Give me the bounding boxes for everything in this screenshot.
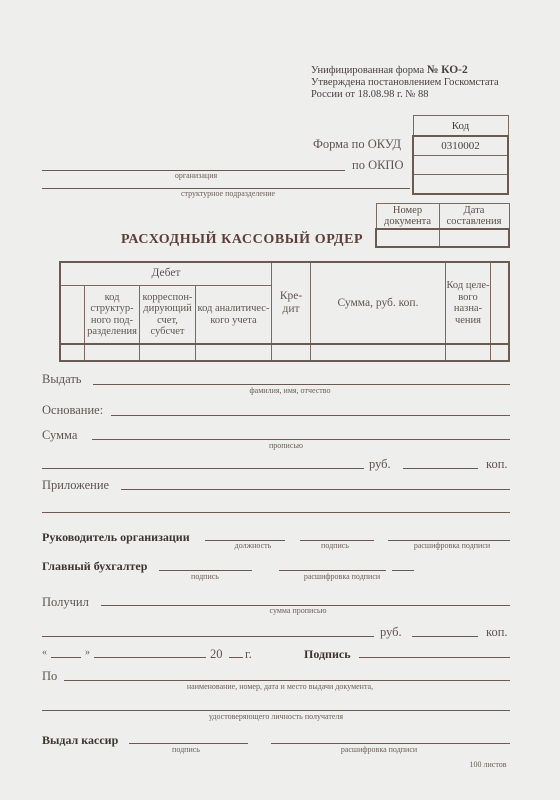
by-label: По [42, 669, 57, 684]
subdivision-caption: структурное подразделение [181, 189, 275, 198]
analytic-code-header: код аналитичес-кого учета [196, 286, 272, 345]
form-number: № КО-2 [427, 64, 468, 76]
page-title: РАСХОДНЫЙ КАССОВЫЙ ОРДЕР [121, 232, 363, 248]
chief-accountant-label: Главный бухгалтер [42, 559, 147, 574]
received-label: Получил [42, 595, 89, 610]
code-header: Код [413, 116, 508, 137]
table-cell[interactable] [491, 344, 510, 361]
received-caption: сумма прописью [270, 606, 327, 615]
cashier-signature-field[interactable] [129, 743, 248, 744]
extra-code-value[interactable] [413, 175, 508, 195]
id-document-field[interactable] [64, 680, 510, 681]
signature-label: Подпись [304, 647, 351, 662]
received-rub-label: руб. [380, 625, 402, 640]
accounting-table: Дебет Кре-дит Сумма, руб. коп. Код целе-… [59, 261, 510, 362]
issue-label: Выдать [42, 372, 81, 387]
debit-sub-blank [60, 286, 85, 345]
table-cell[interactable] [446, 344, 491, 361]
cashier-label: Выдал кассир [42, 733, 118, 748]
basis-field[interactable] [111, 415, 510, 416]
date-open-quote: « [42, 647, 47, 658]
attachment-field-2[interactable] [42, 512, 510, 513]
okpo-label: по ОКПО [352, 158, 403, 173]
last-header [491, 262, 510, 344]
table-cell[interactable] [140, 344, 196, 361]
issue-field[interactable] [93, 384, 510, 385]
issue-caption: фамилия, имя, отчество [250, 386, 331, 395]
date-day-field[interactable] [51, 657, 81, 658]
purpose-code-header: Код целе-вого назна-чения [446, 262, 491, 344]
amount-header: Сумма, руб. коп. [311, 262, 446, 344]
id-document-field-2[interactable] [42, 710, 510, 711]
sum-caption: прописью [269, 441, 303, 450]
chief-accountant-signature-field[interactable] [159, 570, 252, 571]
table-cell[interactable] [196, 344, 272, 361]
date-year-field[interactable] [229, 657, 243, 658]
sum-kop-field[interactable] [403, 468, 478, 469]
date-close-quote: » [85, 647, 90, 658]
table-cell[interactable] [60, 344, 85, 361]
sum-field[interactable] [92, 439, 510, 440]
cashier-decoding-caption: расшифровка подписи [341, 745, 417, 754]
year-prefix: 20 [210, 647, 223, 662]
subdivision-code-header: код структур-ного под-разделения [85, 286, 140, 345]
credit-header: Кре-дит [272, 262, 311, 344]
sum-label: Сумма [42, 428, 77, 443]
cashier-decoding-field[interactable] [271, 743, 510, 744]
kop-label: коп. [486, 457, 508, 472]
approved-line: Утверждена постановлением Госкомстата [311, 77, 499, 89]
okud-value[interactable]: 0310002 [413, 136, 508, 156]
sum-rub-field[interactable] [42, 468, 364, 469]
chief-accountant-decoding-field-2[interactable] [392, 570, 414, 571]
document-date-header: Дата составления [439, 204, 509, 230]
attachment-field[interactable] [121, 489, 510, 490]
decree-line: России от 18.08.98 г. № 88 [311, 89, 499, 101]
form-header: Унифицированная форма № КО-2 Утверждена … [311, 64, 499, 101]
receipt-signature-field[interactable] [359, 657, 510, 658]
table-cell[interactable] [272, 344, 311, 361]
okud-label: Форма по ОКУД [313, 137, 401, 152]
document-number-value[interactable] [376, 229, 439, 247]
document-date-value[interactable] [439, 229, 509, 247]
document-number-header: Номер документа [376, 204, 439, 230]
chief-accountant-decoding-caption: расшифровка подписи [304, 572, 380, 581]
attachment-label: Приложение [42, 478, 109, 493]
head-label: Руководитель организации [42, 530, 190, 545]
code-box: Код 0310002 [412, 115, 509, 195]
cashier-signature-caption: подпись [172, 745, 200, 754]
identity-caption: удостоверяющего личность получателя [209, 712, 343, 721]
form-number-line: Унифицированная форма № КО-2 [311, 64, 499, 77]
organization-caption: организация [175, 171, 217, 180]
document-box: Номер документа Дата составления [375, 203, 510, 248]
date-month-field[interactable] [94, 657, 206, 658]
table-row [60, 344, 509, 361]
chief-accountant-decoding-field[interactable] [279, 570, 386, 571]
okpo-value[interactable] [413, 156, 508, 175]
basis-label: Основание: [42, 403, 103, 418]
sheet-count: 100 листов [470, 760, 507, 769]
received-rub-field[interactable] [42, 636, 374, 637]
head-signature-caption: подпись [321, 541, 349, 550]
head-position-caption: должность [235, 541, 272, 550]
rub-label: руб. [369, 457, 391, 472]
received-kop-label: коп. [486, 625, 508, 640]
table-cell[interactable] [311, 344, 446, 361]
chief-accountant-signature-caption: подпись [191, 572, 219, 581]
corresponding-account-header: корреспон-дирующий счет, субсчет [140, 286, 196, 345]
table-cell[interactable] [85, 344, 140, 361]
year-suffix: г. [245, 647, 252, 662]
head-decoding-caption: расшифровка подписи [414, 541, 490, 550]
debit-header: Дебет [60, 262, 272, 286]
id-document-caption: наименование, номер, дата и место выдачи… [187, 682, 373, 691]
received-kop-field[interactable] [412, 636, 478, 637]
